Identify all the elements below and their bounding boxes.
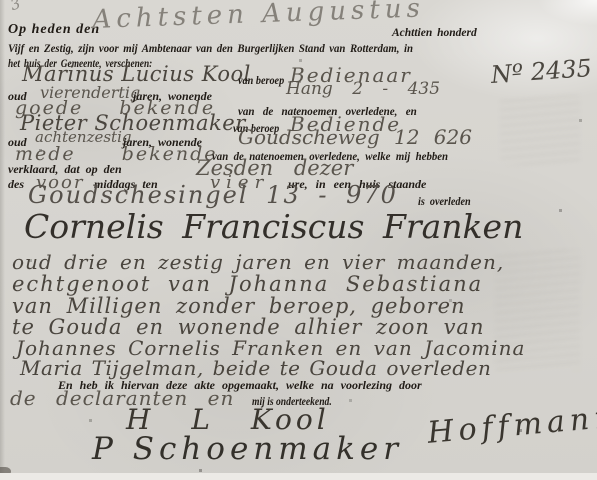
printed-text: van beroep <box>238 73 284 88</box>
registrar-signature: Hoffmann <box>426 399 597 451</box>
printed-text: oud <box>8 135 27 150</box>
printed-text: verklaard, dat op den <box>8 162 122 177</box>
printed-text: middags ten <box>94 177 158 192</box>
deceased-spouse: echtgenoot van Johanna Sebastiana <box>12 272 483 296</box>
printed-text: jaren, wonende <box>133 89 212 104</box>
printed-text: Vijf en Zestig, zijn voor mij Ambtenaar … <box>8 41 413 56</box>
printed-text: het huis der Gemeente, verschenen: <box>8 56 152 71</box>
printed-text: mij is onderteekend. <box>252 394 332 409</box>
printed-text: van de natenoemen overledene, welke mij … <box>212 149 448 164</box>
death-address: Goudschesingel 13 - 970 <box>28 181 398 209</box>
declarant-2-signature: P Schoenmaker <box>92 431 403 467</box>
ink-bleedthrough <box>500 95 580 165</box>
scan-bottom-edge <box>0 473 597 480</box>
handwritten-date: Achtsten Augustus <box>92 0 425 35</box>
pencil-annotation: 3 <box>8 0 23 14</box>
deceased-age: oud drie en zestig jaren en vier maanden… <box>12 250 504 274</box>
declarant-2-address: Goudscheweg 12 626 <box>238 125 472 149</box>
declarant-1-name: Marinus Lucius Kool <box>22 62 251 86</box>
printed-text: oud <box>8 89 27 104</box>
act-number: Nº 2435 <box>490 54 593 89</box>
declarant-2-name: Pieter Schoenmaker <box>20 111 246 135</box>
deceased-birthplace: te Gouda en wonende alhier zoon van <box>12 315 484 339</box>
printed-text: Op heden den <box>8 22 100 38</box>
death-daypart: voor <box>36 172 84 193</box>
printed-text: Achttien honderd <box>392 27 477 39</box>
printed-text: is overleden <box>418 194 471 209</box>
declarant-1-age: vierendertig <box>40 83 140 102</box>
deceased-name: Cornelis Franciscus Franken <box>24 207 523 246</box>
declarant-1-occupation: Bedienaar <box>290 63 412 87</box>
printed-text: En heb ik hiervan deze akte opgemaakt, w… <box>58 378 422 393</box>
declarant-1-relation: goede bekende <box>15 97 215 119</box>
declarant-1-signature: H L Kool <box>126 403 330 436</box>
handwritten-text: de declaranten en <box>10 386 234 410</box>
ink-bleedthrough <box>495 250 580 370</box>
printed-text: jaren, wonende <box>123 135 202 150</box>
declarant-2-age: achtenzestig <box>35 128 131 146</box>
printed-text: van de natenoemen overledene, en <box>238 104 417 119</box>
death-certificate-scan: 3 Nº 2435 Op heden den Achtsten Augustus… <box>0 0 597 480</box>
deceased-mother: Maria Tijgelman, beide te Gouda overlede… <box>20 356 491 380</box>
printed-text: ure, in een huis staande <box>288 177 426 192</box>
death-hour: vier <box>210 172 269 193</box>
scan-noise <box>0 0 1 1</box>
scan-corner-highlight <box>537 0 597 26</box>
declarant-2-relation: mede bekende <box>15 143 218 165</box>
declarant-1-address: Hang 2 - 435 <box>286 79 440 99</box>
printed-text: des <box>8 177 24 192</box>
declarant-2-occupation: Bediende <box>290 112 401 136</box>
printed-text: van beroep <box>233 121 279 136</box>
deceased-father: Johannes Cornelis Franken en van Jacomin… <box>16 336 525 360</box>
death-day: Zesden dezer <box>196 156 353 180</box>
scan-left-edge <box>0 0 5 480</box>
deceased-spouse-continued: van Milligen zonder beroep, geboren <box>12 294 466 318</box>
